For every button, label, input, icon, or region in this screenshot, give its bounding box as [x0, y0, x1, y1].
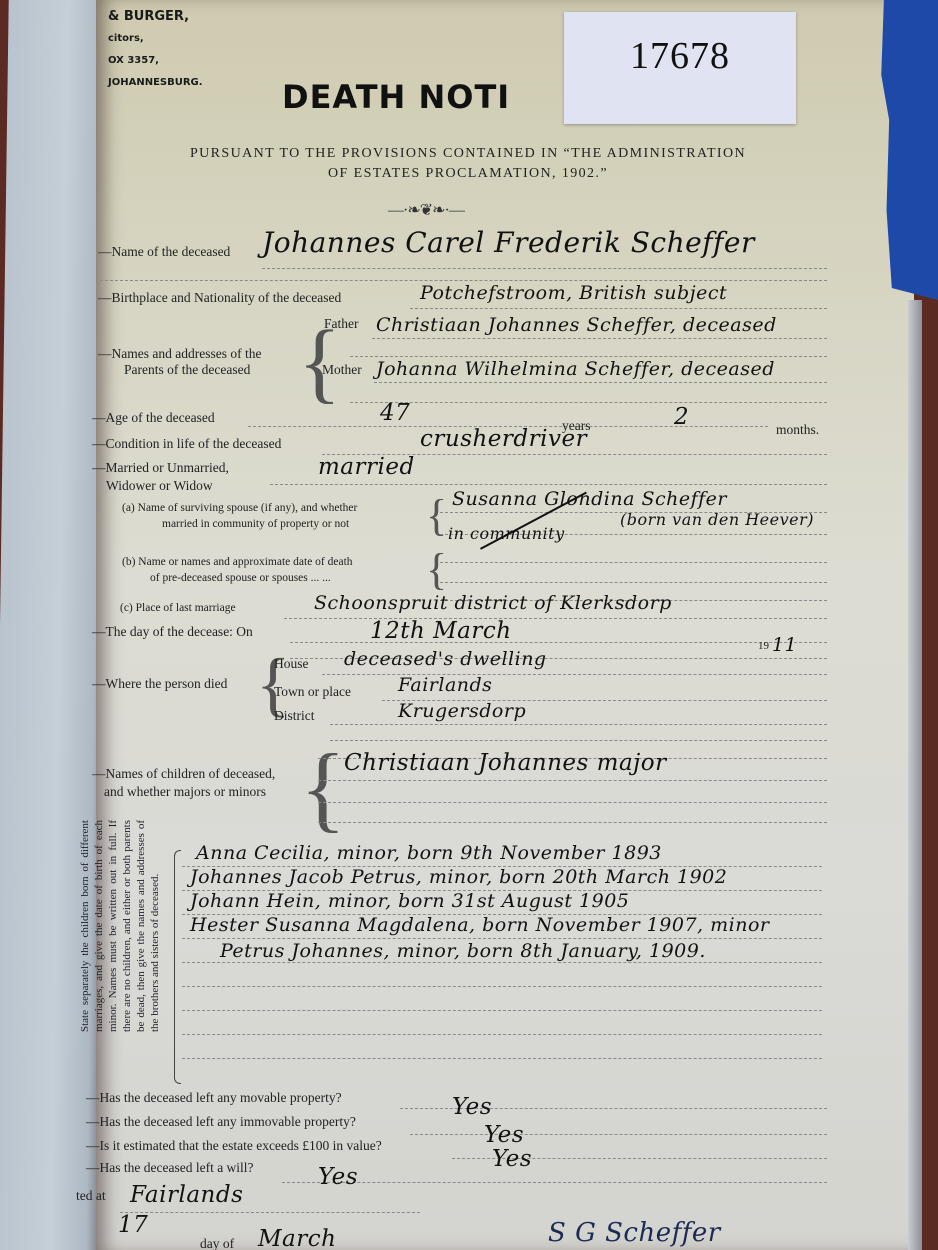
children-line-3 [318, 802, 827, 803]
father-label: Father [324, 316, 359, 332]
movable-label: —Has the deceased left any movable prope… [86, 1090, 342, 1106]
exceeds-value: Yes [492, 1146, 532, 1172]
immovable-label: —Has the deceased left any immovable pro… [86, 1114, 356, 1130]
movable-value: Yes [452, 1094, 492, 1120]
birthplace-line [410, 308, 827, 309]
divider [350, 402, 827, 403]
children-entry-line [182, 986, 822, 987]
children-label-1: —Names of children of deceased, [92, 766, 275, 782]
name-line [262, 268, 827, 269]
year-prefix: 19 [758, 640, 769, 652]
last-marriage-line [284, 618, 827, 619]
birthplace-label: —Birthplace and Nationality of the decea… [98, 290, 341, 306]
predeceased-label-1: (b) Name or names and approximate date o… [122, 556, 353, 568]
children-entry-line [182, 1034, 822, 1035]
district-line [330, 724, 827, 725]
dated-at-line [120, 1212, 420, 1213]
name-value: Johannes Carel Frederik Scheffer [262, 226, 755, 259]
immovable-line [410, 1134, 827, 1135]
predeceased-line-2 [440, 582, 827, 583]
ornament-icon: ―·❧❦❧·― [388, 200, 464, 220]
dated-at-value: Fairlands [130, 1182, 243, 1208]
parents-label-1: —Names and addresses of the [98, 346, 261, 362]
birthplace-value: Potchefstroom, British subject [420, 282, 727, 304]
year-suffix: 11 [772, 634, 797, 656]
decease-date-label: —The day of the decease: On [92, 624, 253, 640]
place-died-label: —Where the person died [92, 676, 227, 692]
marital-line [270, 484, 827, 485]
subtitle-line-1: PURSUANT TO THE PROVISIONS CONTAINED IN … [128, 146, 808, 162]
town-label: Town or place [274, 684, 351, 700]
predeceased-label-2: of pre-deceased spouse or spouses ... ..… [150, 572, 331, 584]
firm-letterhead: & BURGER, citors, OX 3357, JOHANNESBURG. [108, 6, 203, 94]
page-edge [908, 300, 922, 1250]
district-label: District [274, 708, 315, 724]
father-line [372, 338, 827, 339]
day-value: 17 [118, 1212, 148, 1238]
children-instructions-side-note: State separately the children born of di… [78, 820, 162, 1032]
marital-value: married [318, 454, 415, 480]
child-entry: Hester Susanna Magdalena, born November … [190, 914, 769, 936]
archive-number-label: 17678 [564, 12, 796, 124]
child-entry: Petrus Johannes, minor, born 8th January… [220, 940, 706, 962]
children-entry-line [182, 1010, 822, 1011]
brace-icon: { [426, 494, 447, 538]
spouse-value-2: (born van den Heever) [620, 510, 814, 529]
brace-icon: { [426, 548, 447, 592]
father-value: Christiaan Johannes Scheffer, deceased [376, 314, 777, 336]
divider [330, 740, 827, 741]
children-first-value: Christiaan Johannes major [344, 750, 667, 776]
children-entry-line [182, 938, 822, 939]
children-entry-line [182, 962, 822, 963]
name-label: —Name of the deceased [98, 244, 230, 260]
age-years-value: 47 [380, 400, 410, 426]
children-bracket [174, 850, 181, 1084]
firm-box: OX 3357, [108, 50, 203, 72]
divider [350, 356, 827, 357]
child-entry: Johannes Jacob Petrus, minor, born 20th … [190, 866, 727, 888]
will-line [282, 1182, 827, 1183]
will-value: Yes [318, 1164, 358, 1190]
marital-label-2: Widower or Widow [106, 478, 213, 494]
signature: S G Scheffer [548, 1218, 721, 1248]
firm-profession: citors, [108, 28, 203, 50]
mother-value: Johanna Wilhelmina Scheffer, deceased [376, 358, 775, 380]
last-marriage-value: Schoonspruit district of Klerksdorp [314, 592, 672, 614]
months-label: months. [776, 422, 819, 438]
condition-value: crusherdriver [420, 426, 587, 452]
divider [100, 280, 827, 281]
child-entry: Anna Cecilia, minor, born 9th November 1… [196, 842, 662, 864]
mother-line [374, 382, 827, 383]
child-entry: Johann Hein, minor, born 31st August 190… [190, 890, 629, 912]
immovable-value: Yes [484, 1122, 524, 1148]
town-value: Fairlands [398, 674, 492, 696]
condition-label: —Condition in life of the deceased [92, 436, 281, 452]
children-entry-line [182, 1058, 822, 1059]
children-line-4 [318, 822, 827, 823]
age-label: —Age of the deceased [92, 410, 215, 426]
predeceased-line-1 [440, 562, 827, 563]
children-label-2: and whether majors or minors [104, 784, 266, 800]
last-marriage-label: (c) Place of last marriage [120, 602, 236, 614]
day-of-label: day of [200, 1236, 234, 1250]
parents-label-2: Parents of the deceased [124, 362, 250, 378]
firm-city: JOHANNESBURG. [108, 72, 203, 94]
firm-name: & BURGER, [108, 6, 203, 28]
dated-at-label: ted at [76, 1188, 106, 1204]
decease-date-value: 12th March [370, 618, 512, 644]
month-value: March [258, 1226, 336, 1250]
children-line-2 [318, 780, 827, 781]
will-label: —Has the deceased left a will? [86, 1160, 254, 1176]
exceeds-label: —Is it estimated that the estate exceeds… [86, 1138, 382, 1154]
page-title: DEATH NOTI [282, 78, 510, 116]
district-value: Krugersdorp [398, 700, 526, 722]
spouse-label-1: (a) Name of surviving spouse (if any), a… [122, 502, 357, 514]
house-label: House [274, 656, 309, 672]
spouse-label-2: married in community of property or not [162, 518, 349, 530]
archive-number: 17678 [630, 34, 730, 78]
marital-label-1: —Married or Unmarried, [92, 460, 229, 476]
spouse-value-1: Susanna Glondina Scheffer [452, 488, 727, 510]
house-value: deceased's dwelling [344, 648, 547, 670]
mother-label: Mother [322, 362, 362, 378]
age-months-value: 2 [674, 404, 689, 430]
subtitle-line-2: OF ESTATES PROCLAMATION, 1902.” [128, 166, 808, 182]
